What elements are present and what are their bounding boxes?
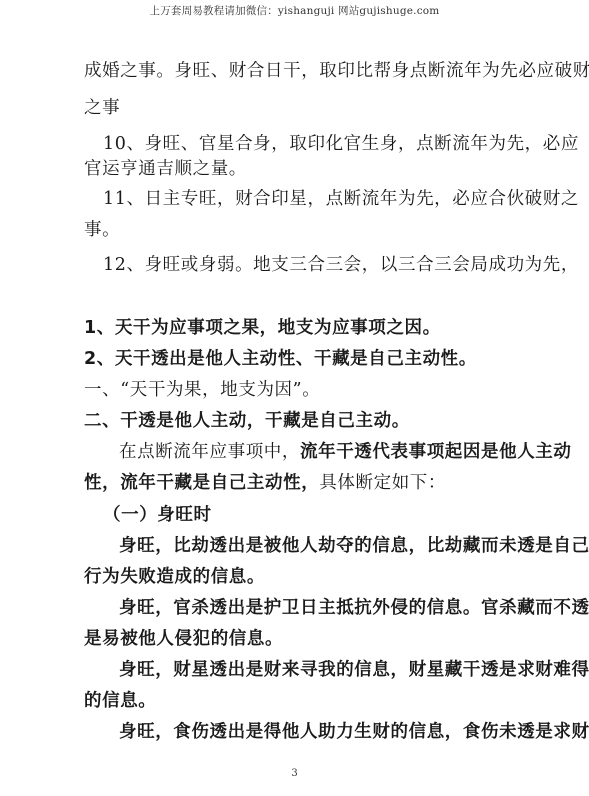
text-line: 10、身旺、官星合身，取印化官生身，点断流年为先，必应: [103, 133, 523, 155]
page-header-watermark: 上万套周易教程请加微信：yishanguji 网站gujishuge.com: [0, 3, 589, 18]
text-line: 在点断流年应事项中，流年干透代表事项起因是他人主动: [119, 441, 539, 463]
text-line: 一、“天干为果，地支为因”。: [84, 379, 504, 401]
text-span: 具体断定如下：: [319, 473, 446, 493]
text-line: 成婚之事。身旺、财合日干，取印比帮身点断流年为先必应破财: [84, 60, 504, 82]
text-span-bold: 流年干透代表事项起因是他人主动: [300, 442, 572, 462]
text-line-bold: 1、天干为应事项之果，地支为应事项之因。: [84, 317, 504, 339]
section-heading: 二、干透是他人主动，干藏是自己主动。: [84, 410, 504, 432]
subsection-heading: （一）身旺时: [103, 504, 523, 526]
text-span: 在点断流年应事项中，: [119, 442, 300, 462]
page-number: 3: [0, 768, 589, 779]
text-line-bold: 身旺，食伤透出是得他人助力生财的信息，食伤未透是求财: [119, 721, 539, 743]
text-line-bold: 身旺，比劫透出是被他人劫夺的信息，比劫藏而未透是自己: [119, 535, 539, 557]
text-line-bold: 2、天干透出是他人主动性、干藏是自己主动性。: [84, 348, 504, 370]
text-line-bold: 身旺，官杀透出是护卫日主抵抗外侵的信息。官杀藏而不透: [119, 597, 539, 619]
text-line: 官运亨通吉顺之量。: [84, 158, 504, 180]
text-line: 事。: [84, 219, 504, 241]
text-span-bold: 性，流年干藏是自己主动性，: [84, 473, 319, 493]
text-line-bold: 的信息。: [84, 690, 504, 712]
text-line: 性，流年干藏是自己主动性，具体断定如下：: [84, 472, 504, 494]
text-line-bold: 行为失败造成的信息。: [84, 566, 504, 588]
text-line-bold: 身旺，财星透出是财来寻我的信息，财星藏干透是求财难得: [119, 659, 539, 681]
text-line: 之事: [84, 97, 504, 119]
text-line: 11、日主专旺，财合印星，点断流年为先，必应合伙破财之: [103, 188, 523, 210]
text-line-bold: 是易被他人侵犯的信息。: [84, 628, 504, 650]
text-line: 12、身旺或身弱。地支三合三会，以三合三会局成功为先，: [103, 254, 523, 276]
